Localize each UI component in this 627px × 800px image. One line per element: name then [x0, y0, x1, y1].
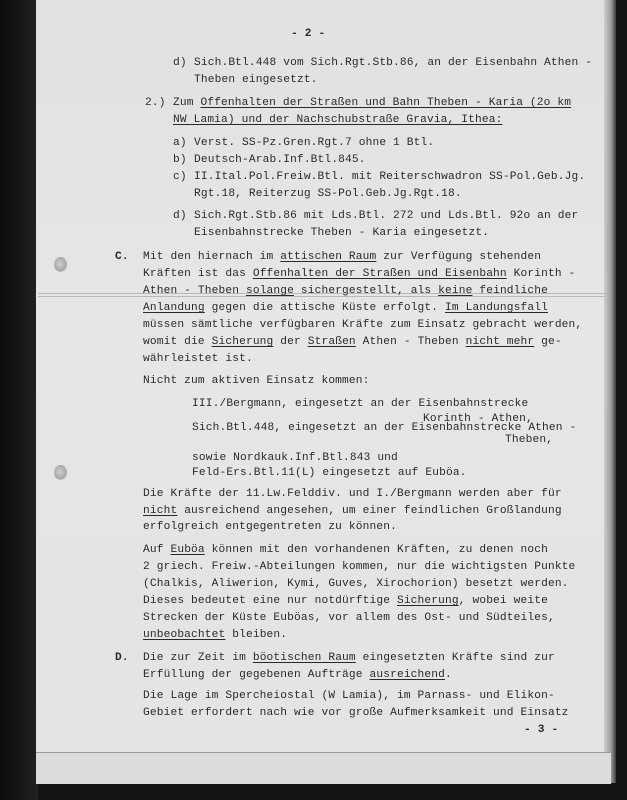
section-marker: D. — [115, 651, 129, 666]
next-page-number: - 3 - — [524, 723, 558, 738]
text-span: Athen - Theben — [143, 285, 246, 297]
text-span: Mit den hiernach im — [143, 251, 280, 263]
text-line: Die zur Zeit im böotischen Raum eingeset… — [143, 651, 555, 666]
text-span: Athen - Theben — [356, 336, 466, 348]
page-bottom-strip — [36, 752, 611, 784]
text-line: Dieses bedeutet eine nur notdürftige Sic… — [143, 594, 548, 609]
text-span: zur Verfügung stehenden — [376, 251, 541, 263]
text-span: , wobei weite — [459, 595, 548, 607]
item-marker: d) — [173, 56, 187, 71]
text-line: Die Kräfte der 11.Lw.Felddiv. und I./Ber… — [143, 487, 562, 502]
subheading: Nicht zum aktiven Einsatz kommen: — [143, 374, 370, 389]
text-span: können mit den vorhandenen Kräften, zu d… — [205, 544, 548, 556]
section-marker: C. — [115, 250, 129, 265]
item-marker: d) — [173, 209, 187, 224]
text-line: Verst. SS-Pz.Gren.Rgt.7 ohne 1 Btl. — [194, 136, 434, 151]
text-span: ge- — [534, 336, 561, 348]
text-line: Athen - Theben solange sichergestellt, a… — [143, 284, 548, 299]
text-span: sichergestellt, als — [294, 285, 438, 297]
text-line: Theben, — [505, 433, 553, 448]
text-line: III./Bergmann, eingesetzt an der Eisenba… — [192, 397, 528, 412]
underlined-text: attischen Raum — [280, 251, 376, 263]
section-marker: 2.) — [145, 96, 166, 111]
text-line: unbeobachtet bleiben. — [143, 628, 287, 643]
text-line: (Chalkis, Aliwerion, Kymi, Guves, Xiroch… — [143, 577, 569, 592]
page-number-header: - 2 - — [291, 27, 325, 42]
text-line: Eisenbahnstrecke Theben - Karia eingeset… — [194, 226, 489, 241]
text-span: Dieses bedeutet eine nur notdürftige — [143, 595, 397, 607]
underlined-text: Sicherung — [212, 336, 274, 348]
underlined-text: NW Lamia) und der Nachschubstraße Gravia… — [173, 113, 502, 128]
text-span: eingesetzten Kräfte sind zur — [356, 652, 555, 664]
text-span: Korinth - — [507, 268, 576, 280]
underlined-text: Offenhalten der Straßen und Eisenbahn — [253, 268, 507, 280]
underlined-text: solange — [246, 285, 294, 297]
text-line: II.Ital.Pol.Freiw.Btl. mit Reiterschwadr… — [194, 170, 585, 185]
underlined-text: Sicherung — [397, 595, 459, 607]
text-line: Rgt.18, Reiterzug SS-Pol.Geb.Jg.Rgt.18. — [194, 187, 462, 202]
underlined-text: unbeobachtet — [143, 629, 225, 641]
text-span: . — [445, 669, 452, 681]
text-span: Kräften ist das — [143, 268, 253, 280]
page-right-edge — [604, 0, 616, 783]
text-span: gegen die attische Küste erfolgt. — [205, 302, 445, 314]
text-line: Gebiet erfordert nach wie vor große Aufm… — [143, 706, 569, 721]
text-line: Feld-Ers.Btl.11(L) eingesetzt auf Euböa. — [192, 466, 467, 481]
text-line: womit die Sicherung der Straßen Athen - … — [143, 335, 562, 350]
text-span: womit die — [143, 336, 212, 348]
underlined-text: keine — [438, 285, 472, 297]
text-span: Zum — [173, 97, 200, 109]
text-line: Zum Offenhalten der Straßen und Bahn The… — [173, 96, 571, 111]
underlined-text: Euböa — [170, 544, 204, 556]
text-span: feindliche — [472, 285, 548, 297]
text-span: Die zur Zeit im — [143, 652, 253, 664]
text-line: währleistet ist. — [143, 352, 253, 367]
text-line: Theben eingesetzt. — [194, 73, 318, 88]
underlined-text: Anlandung — [143, 302, 205, 314]
text-line: sowie Nordkauk.Inf.Btl.843 und — [192, 451, 398, 466]
item-marker: c) — [173, 170, 187, 185]
text-line: müssen sämtliche verfügbaren Kräfte zum … — [143, 318, 582, 333]
text-span: Erfüllung der gegebenen Aufträge — [143, 669, 370, 681]
text-line: Sich.Rgt.Stb.86 mit Lds.Btl. 272 und Lds… — [194, 209, 578, 224]
item-marker: b) — [173, 153, 187, 168]
text-line: Sich.Btl.448 vom Sich.Rgt.Stb.86, an der… — [194, 56, 592, 71]
text-line: 2 griech. Freiw.-Abteilungen kommen, nur… — [143, 560, 575, 575]
text-line: erfolgreich entgegentreten zu können. — [143, 520, 397, 535]
text-span: der — [273, 336, 307, 348]
text-line: Strecken der Küste Euböas, vor allem des… — [143, 611, 555, 626]
underlined-text: nicht — [143, 505, 177, 517]
text-line: nicht ausreichend angesehen, um einer fe… — [143, 504, 562, 519]
underlined-text: böotischen Raum — [253, 652, 356, 664]
punch-hole — [54, 257, 67, 272]
text-line: Deutsch-Arab.Inf.Btl.845. — [194, 153, 366, 168]
underlined-text: Straßen — [308, 336, 356, 348]
underlined-text: Offenhalten der Straßen und Bahn Theben … — [200, 97, 571, 109]
scan-left-border — [0, 0, 38, 800]
underlined-text: ausreichend — [370, 669, 446, 681]
underlined-text: nicht mehr — [466, 336, 535, 348]
text-line: Die Lage im Spercheiostal (W Lamia), im … — [143, 689, 555, 704]
underlined-text: Im Landungsfall — [445, 302, 548, 314]
text-line: Kräften ist das Offenhalten der Straßen … — [143, 267, 575, 282]
text-line: Erfüllung der gegebenen Aufträge ausreic… — [143, 668, 452, 683]
text-line: Mit den hiernach im attischen Raum zur V… — [143, 250, 541, 265]
text-span: ausreichend angesehen, um einer feindlic… — [177, 505, 561, 517]
text-line: Auf Euböa können mit den vorhandenen Krä… — [143, 543, 548, 558]
punch-hole — [54, 465, 67, 480]
item-marker: a) — [173, 136, 187, 151]
text-span: Auf — [143, 544, 170, 556]
text-span: bleiben. — [225, 629, 287, 641]
text-line: Anlandung gegen die attische Küste erfol… — [143, 301, 548, 316]
